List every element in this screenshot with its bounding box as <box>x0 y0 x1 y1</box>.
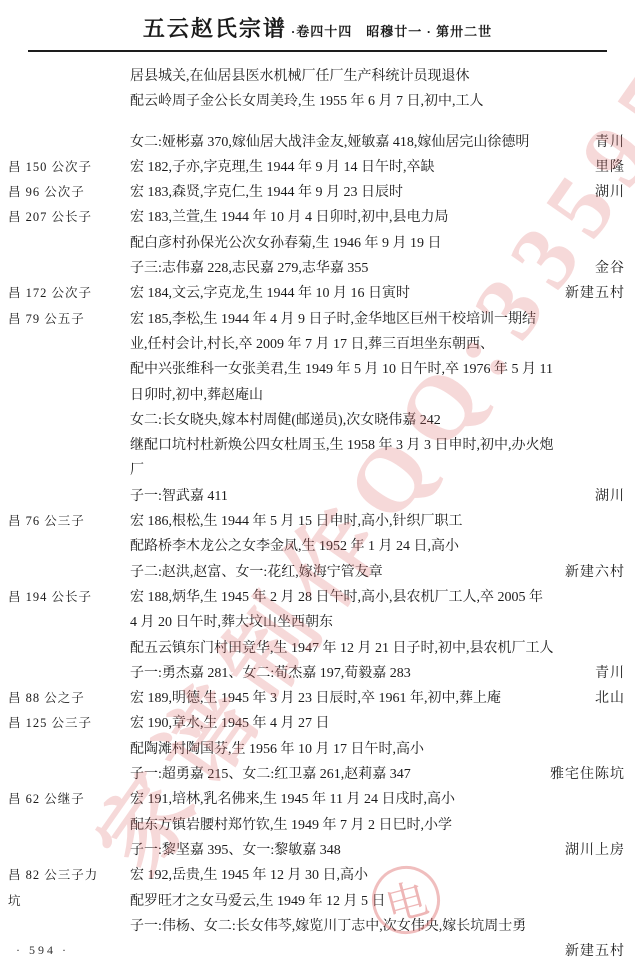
genealogy-row: 厂 <box>0 458 635 483</box>
residence-label: 金谷 <box>595 256 625 281</box>
entry-text: 女二:长女晓央,嫁本村周健(邮递员),次女晓伟嘉 242 <box>130 408 625 433</box>
entry-text: 居县城关,在仙居县医水机械厂任厂生产科统计员现退休 <box>130 64 625 89</box>
entry-text: 宏 182,子亦,字克理,生 1944 年 9 月 14 日午时,卒缺 <box>130 155 625 180</box>
genealogy-row: 4 月 20 日午时,葬大坟山坐西朝东 <box>0 610 635 635</box>
genealogy-row: 昌 194 公长子宏 188,炳华,生 1945 年 2 月 28 日午时,高小… <box>0 585 635 610</box>
genealogy-row: 子一:超勇嘉 215、女二:红卫嘉 261,赵莉嘉 347雅宅住陈坑 <box>0 762 635 787</box>
entry-text: 配云岭周子金公长女周美玲,生 1955 年 6 月 7 日,初中,工人 <box>130 89 625 114</box>
entry-text: 继配口坑村杜新焕公四女杜周玉,生 1958 年 3 月 3 日申时,初中,办火炮 <box>130 433 625 458</box>
kin-label: 昌 207 公长子 <box>8 205 92 230</box>
residence-label: 里隆 <box>595 155 625 180</box>
genealogy-row: 子三:志伟嘉 228,志民嘉 279,志华嘉 355金谷 <box>0 256 635 281</box>
volume-subtitle: ·卷四十四 昭穆廿一 · 第卅二世 <box>291 24 492 39</box>
entry-text: 配中兴张维科一女张美君,生 1949 年 5 月 10 日午时,卒 1976 年… <box>130 357 625 382</box>
genealogy-row: 业,任村会计,村长,卒 2009 年 7 月 17 日,葬三百坦坐东朝西、 <box>0 332 635 357</box>
genealogy-row: 女二:长女晓央,嫁本村周健(邮递员),次女晓伟嘉 242 <box>0 408 635 433</box>
kin-label: 昌 150 公次子 <box>8 155 92 180</box>
genealogy-row: 昌 125 公三子宏 190,章水,生 1945 年 4 月 27 日 <box>0 711 635 736</box>
genealogy-row: 继配口坑村杜新焕公四女杜周玉,生 1958 年 3 月 3 日申时,初中,办火炮 <box>0 433 635 458</box>
kin-label: 昌 194 公长子 <box>8 585 92 610</box>
residence-label: 新建五村 <box>565 281 625 306</box>
kin-label: 昌 88 公之子 <box>8 686 85 711</box>
residence-label: 雅宅住陈坑 <box>550 762 625 787</box>
entry-text: 子二:赵洪,赵富、女一:花红,嫁海宁管友章 <box>130 560 625 585</box>
kin-label: 昌 82 公三子力 <box>8 863 98 888</box>
genealogy-row: 昌 96 公次子宏 183,森贤,字克仁,生 1944 年 9 月 23 日辰时… <box>0 180 635 205</box>
genealogy-row: 配白彦村孙保光公次女孙春菊,生 1946 年 9 月 19 日 <box>0 231 635 256</box>
header-rule <box>28 50 607 52</box>
entry-text: 厂 <box>130 458 625 483</box>
page-header: 五云赵氏宗谱·卷四十四 昭穆廿一 · 第卅二世 <box>0 0 635 43</box>
genealogy-row: 日卯时,初中,葬赵庵山 <box>0 383 635 408</box>
entry-text: 子三:志伟嘉 228,志民嘉 279,志华嘉 355 <box>130 256 625 281</box>
kin-label: 昌 79 公五子 <box>8 307 85 332</box>
genealogy-row: 女二:娅彬嘉 370,嫁仙居大战沣金友,娅敏嘉 418,嫁仙居完山徐德明青川 <box>0 130 635 155</box>
genealogy-row: 昌 76 公三子宏 186,根松,生 1944 年 5 月 15 日申时,高小,… <box>0 509 635 534</box>
residence-label: 新建五村 <box>565 939 625 964</box>
residence-label: 新建六村 <box>565 560 625 585</box>
genealogy-row: 配路桥李木龙公之女李金凤,生 1952 年 1 月 24 日,高小 <box>0 534 635 559</box>
entry-text: 宏 183,森贤,字克仁,生 1944 年 9 月 23 日辰时 <box>130 180 625 205</box>
genealogy-page: { "header": { "title_main": "五云赵氏宗谱", "t… <box>0 0 635 968</box>
genealogy-row: 坑配罗旺才之女马爱云,生 1949 年 12 月 5 日 <box>0 889 635 914</box>
entry-text: 宏 189,明德,生 1945 年 3 月 23 日辰时,卒 1961 年,初中… <box>130 686 625 711</box>
genealogy-row: 昌 79 公五子宏 185,李松,生 1944 年 4 月 9 日子时,金华地区… <box>0 307 635 332</box>
genealogy-row: 子一:智武嘉 411湖川 <box>0 484 635 509</box>
genealogy-row: 子一:勇杰嘉 281、女二:荀杰嘉 197,荀毅嘉 283青川 <box>0 661 635 686</box>
entry-text: 宏 185,李松,生 1944 年 4 月 9 日子时,金华地区巨州干校培训一期… <box>130 307 625 332</box>
entry-text: 宏 183,兰萱,生 1944 年 10 月 4 日卯时,初中,县电力局 <box>130 205 625 230</box>
entry-text: 4 月 20 日午时,葬大坟山坐西朝东 <box>130 610 625 635</box>
entry-text: 宏 192,岳贵,生 1945 年 12 月 30 日,高小 <box>130 863 625 888</box>
residence-label: 青川 <box>595 130 625 155</box>
entry-text: 日卯时,初中,葬赵庵山 <box>130 383 625 408</box>
genealogy-row: 配中兴张维科一女张美君,生 1949 年 5 月 10 日午时,卒 1976 年… <box>0 357 635 382</box>
entry-text: 宏 191,培林,乳名佛来,生 1945 年 11 月 24 日戌时,高小 <box>130 787 625 812</box>
genealogy-row: 子一:黎坚嘉 395、女一:黎敏嘉 348湖川上房 <box>0 838 635 863</box>
residence-label: 北山 <box>595 686 625 711</box>
entry-text: 配五云镇东门村田竞华,生 1947 年 12 月 21 日子时,初中,县农机厂工… <box>130 636 625 661</box>
entry-text: 宏 186,根松,生 1944 年 5 月 15 日申时,高小,针织厂职工 <box>130 509 625 534</box>
kin-label: 昌 96 公次子 <box>8 180 85 205</box>
residence-label: 青川 <box>595 661 625 686</box>
entry-text: 业,任村会计,村长,卒 2009 年 7 月 17 日,葬三百坦坐东朝西、 <box>130 332 625 357</box>
genealogy-row: 配东方镇岩腰村郑竹钦,生 1949 年 7 月 2 日巳时,小学 <box>0 813 635 838</box>
entry-text: 子一:黎坚嘉 395、女一:黎敏嘉 348 <box>130 838 625 863</box>
genealogy-row: 子一:伟杨、女二:长女伟芩,嫁览川丁志中,次女伟央,嫁长坑周士勇 <box>0 914 635 939</box>
entry-text: 宏 190,章水,生 1945 年 4 月 27 日 <box>130 711 625 736</box>
book-title: 五云赵氏宗谱 <box>143 16 287 41</box>
kin-label: 昌 76 公三子 <box>8 509 85 534</box>
genealogy-row: 居县城关,在仙居县医水机械厂任厂生产科统计员现退休 <box>0 64 635 89</box>
kin-label: 昌 172 公次子 <box>8 281 92 306</box>
residence-label: 湖川 <box>595 484 625 509</box>
genealogy-row: 昌 172 公次子宏 184,文云,字克龙,生 1944 年 10 月 16 日… <box>0 281 635 306</box>
genealogy-row: 子二:赵洪,赵富、女一:花红,嫁海宁管友章新建六村 <box>0 560 635 585</box>
genealogy-row: 配云岭周子金公长女周美玲,生 1955 年 6 月 7 日,初中,工人 <box>0 89 635 114</box>
genealogy-row: 昌 88 公之子宏 189,明德,生 1945 年 3 月 23 日辰时,卒 1… <box>0 686 635 711</box>
genealogy-row: 配陶滩村陶国芬,生 1956 年 10 月 17 日午时,高小 <box>0 737 635 762</box>
entry-text: 配罗旺才之女马爱云,生 1949 年 12 月 5 日 <box>130 889 625 914</box>
genealogy-rows: 居县城关,在仙居县医水机械厂任厂生产科统计员现退休配云岭周子金公长女周美玲,生 … <box>0 64 635 964</box>
residence-label: 湖川上房 <box>565 838 625 863</box>
entry-text: 配陶滩村陶国芬,生 1956 年 10 月 17 日午时,高小 <box>130 737 625 762</box>
genealogy-row: 昌 82 公三子力宏 192,岳贵,生 1945 年 12 月 30 日,高小 <box>0 863 635 888</box>
entry-text: 子一:智武嘉 411 <box>130 484 625 509</box>
entry-text: 宏 188,炳华,生 1945 年 2 月 28 日午时,高小,县农机厂工人,卒… <box>130 585 625 610</box>
entry-text: 配白彦村孙保光公次女孙春菊,生 1946 年 9 月 19 日 <box>130 231 625 256</box>
entry-text: 配路桥李木龙公之女李金凤,生 1952 年 1 月 24 日,高小 <box>130 534 625 559</box>
genealogy-row: 昌 207 公长子宏 183,兰萱,生 1944 年 10 月 4 日卯时,初中… <box>0 205 635 230</box>
entry-text: 子一:勇杰嘉 281、女二:荀杰嘉 197,荀毅嘉 283 <box>130 661 625 686</box>
entry-text: 女二:娅彬嘉 370,嫁仙居大战沣金友,娅敏嘉 418,嫁仙居完山徐德明 <box>130 130 625 155</box>
entry-text: 宏 184,文云,字克龙,生 1944 年 10 月 16 日寅时 <box>130 281 625 306</box>
kin-label: 昌 62 公继子 <box>8 787 85 812</box>
page-number: · 594 · <box>16 943 69 958</box>
genealogy-row: 配五云镇东门村田竞华,生 1947 年 12 月 21 日子时,初中,县农机厂工… <box>0 636 635 661</box>
genealogy-row: 新建五村 <box>0 939 635 964</box>
residence-label: 湖川 <box>595 180 625 205</box>
genealogy-row: 昌 62 公继子宏 191,培林,乳名佛来,生 1945 年 11 月 24 日… <box>0 787 635 812</box>
kin-label: 昌 125 公三子 <box>8 711 92 736</box>
entry-text: 配东方镇岩腰村郑竹钦,生 1949 年 7 月 2 日巳时,小学 <box>130 813 625 838</box>
entry-text: 子一:伟杨、女二:长女伟芩,嫁览川丁志中,次女伟央,嫁长坑周士勇 <box>130 914 625 939</box>
genealogy-row: 昌 150 公次子宏 182,子亦,字克理,生 1944 年 9 月 14 日午… <box>0 155 635 180</box>
kin-label: 坑 <box>8 889 22 914</box>
